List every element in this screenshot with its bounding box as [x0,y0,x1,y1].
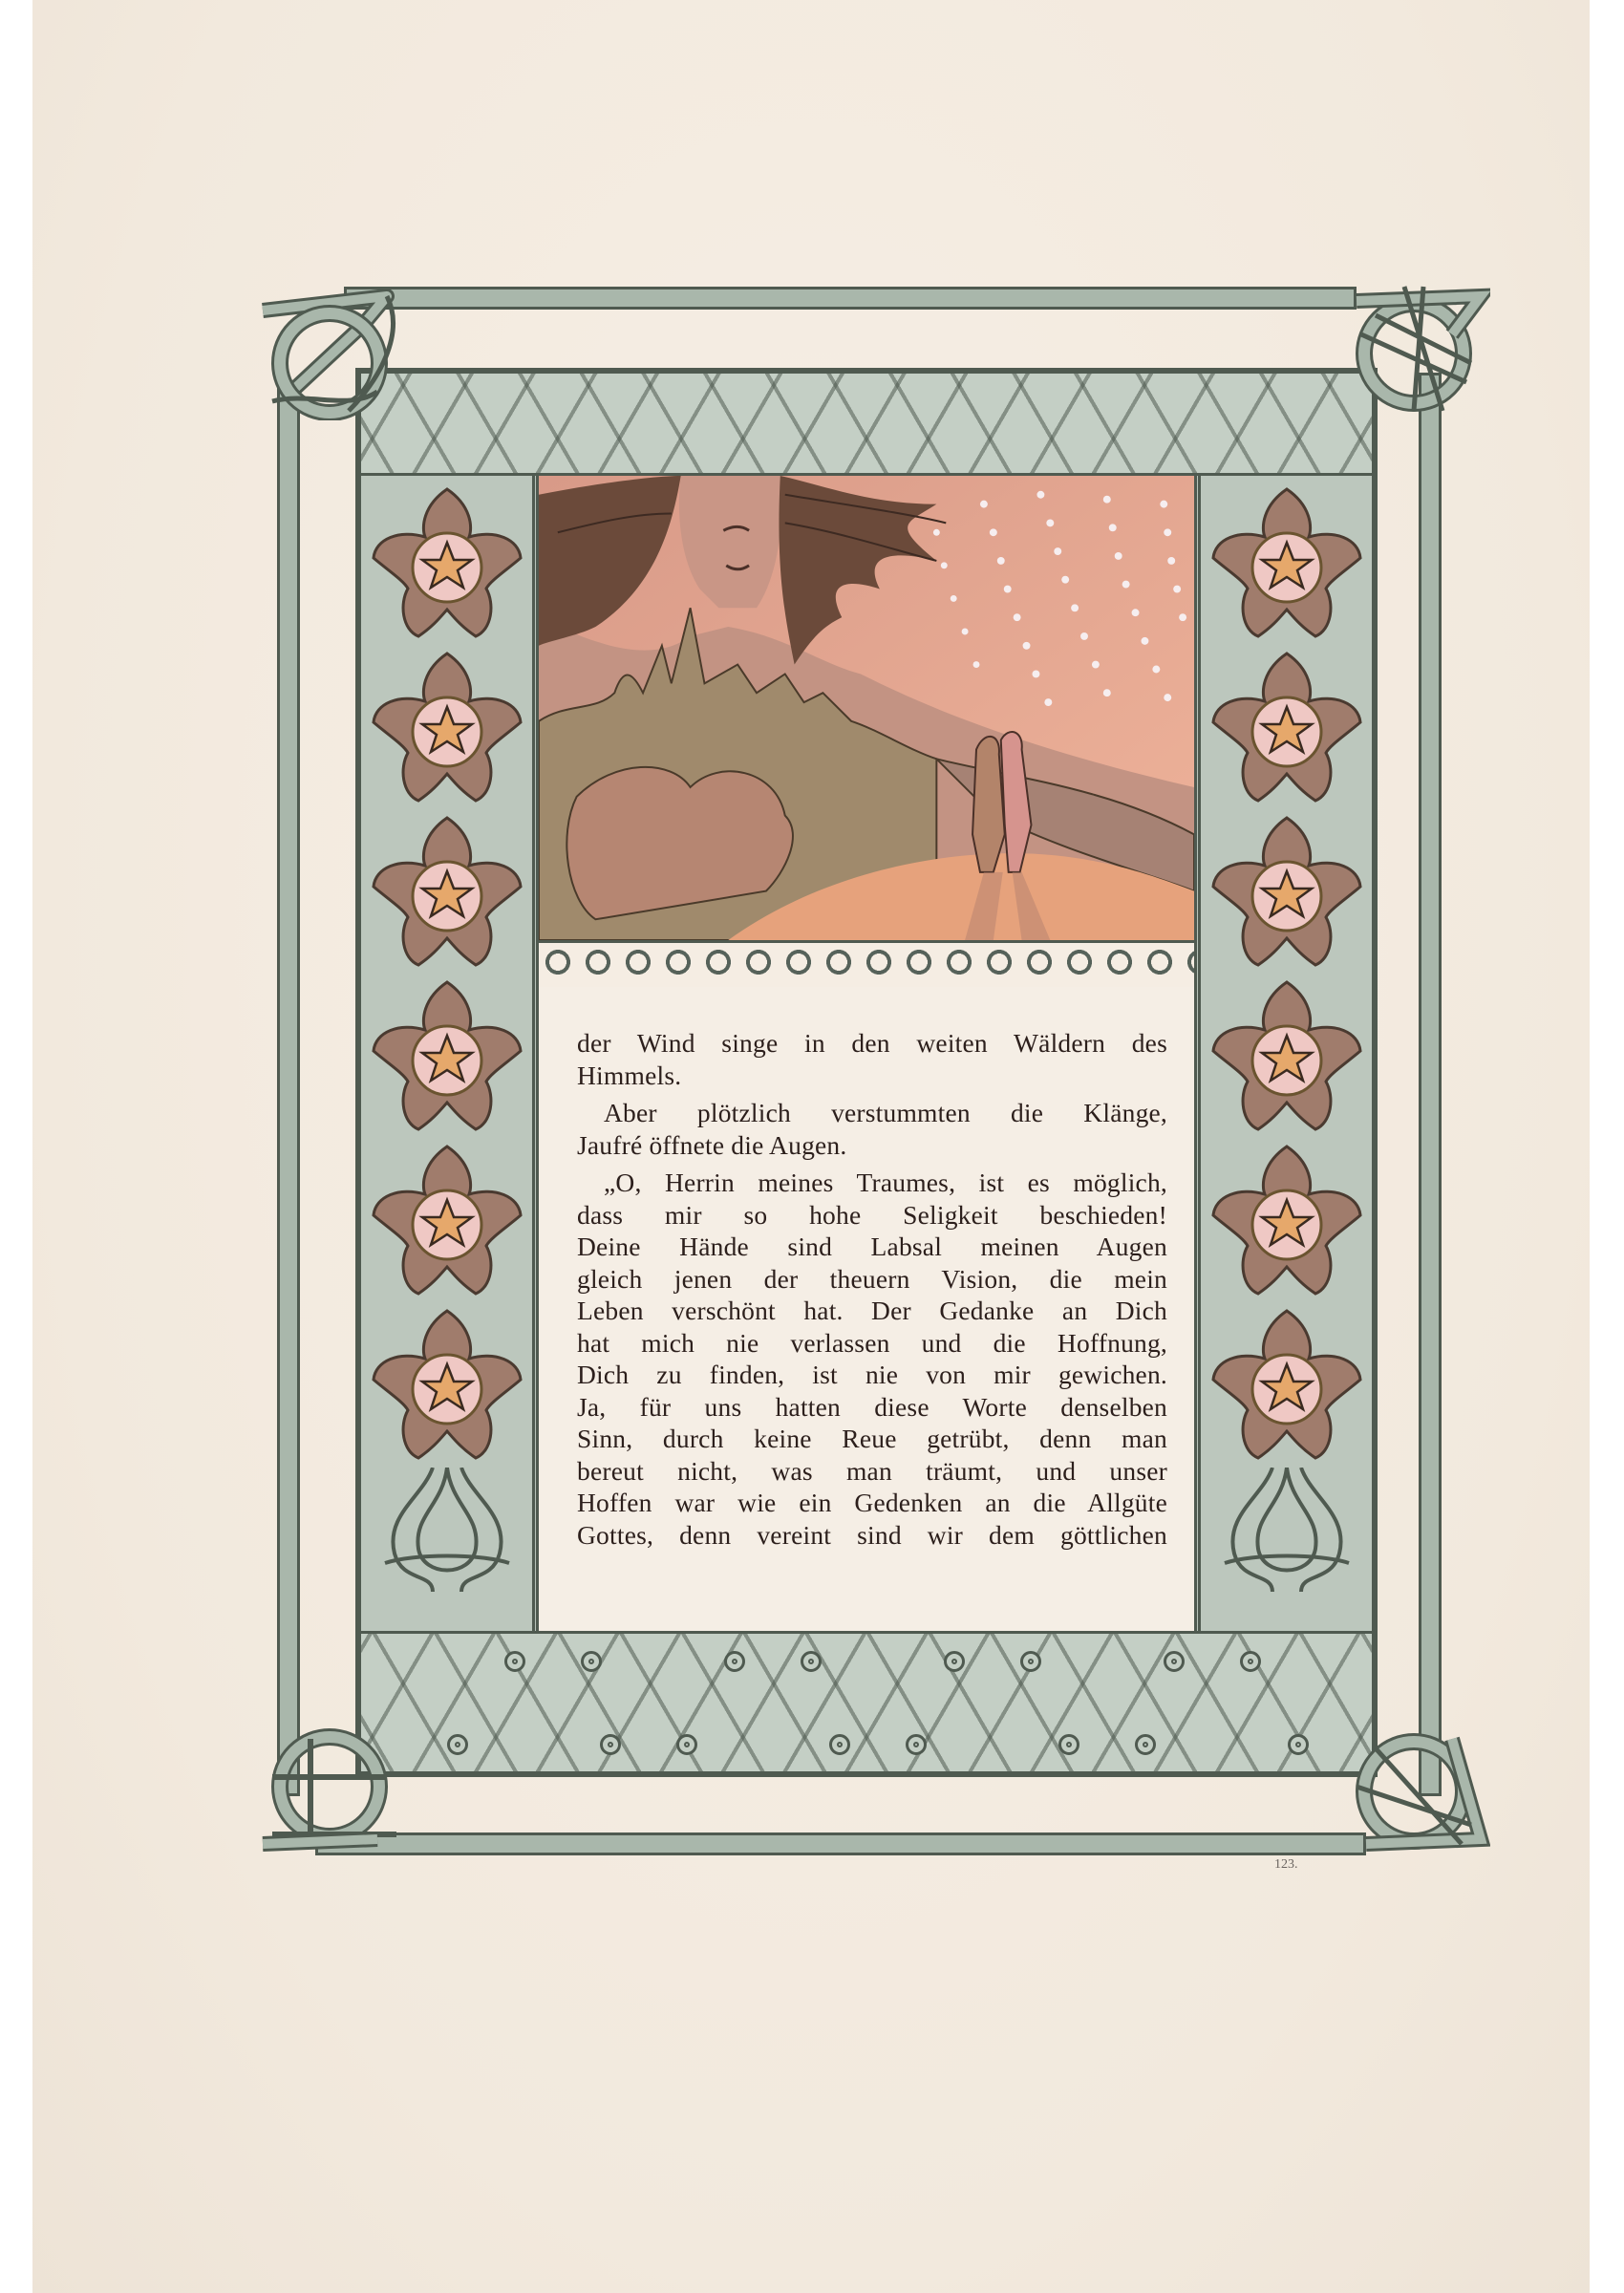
text-line: Gottes, denn vereint sind wir dem göttli… [577,1519,1167,1552]
corner-knot-ornament [253,277,406,420]
text-line: Ja, für uns hatten diese Worte denselben [577,1391,1167,1424]
text-panel: der Wind singe in den weiten Wäldern des… [536,987,1197,1637]
text-line: Jaufré öffnete die Augen. [577,1129,1167,1162]
root-flourish-ornament [1206,1468,1368,1601]
leaf-star-ornament [366,646,528,810]
text-line: hat mich nie verlassen und die Hoffnung, [577,1327,1167,1360]
knotwork-divider [536,943,1197,987]
leaf-star-ornament [366,1139,528,1303]
text-line: Dich zu finden, ist nie von mir gewichen… [577,1359,1167,1391]
outer-frame-bottom-bar [315,1832,1366,1855]
root-flourish-ornament [366,1468,528,1601]
top-interlace-band [358,371,1375,476]
leaf-star-ornament [366,810,528,975]
ornamental-frame: der Wind singe in den weiten Wäldern des… [355,368,1378,1777]
text-line: gleich jenen der theuern Vision, die mei… [577,1263,1167,1296]
corner-knot-ornament [253,1720,406,1863]
leaf-star-ornament [1206,810,1368,975]
text-line: Himmels. [577,1060,1167,1092]
leaf-star-ornament [366,1303,528,1468]
text-line: Sinn, durch keine Reue getrübt, denn man [577,1423,1167,1455]
text-line: dass mir so hohe Seligkeit beschieden! [577,1199,1167,1232]
bottom-interlace-band [358,1631,1375,1774]
right-leaf-column [1198,473,1375,1637]
text-line: Deine Hände sind Labsal meinen Augen [577,1231,1167,1263]
text-line: Aber plötzlich verstummten die Klänge, [577,1097,1167,1129]
outer-frame-top-bar [344,287,1357,310]
page-margin-right [1590,0,1624,2293]
outer-frame-left-bar [277,382,300,1796]
outer-frame-right-bar [1419,373,1442,1796]
page-number: 123. [1274,1857,1298,1873]
text-line: der Wind singe in den weiten Wäldern des [577,1027,1167,1060]
leaf-star-ornament [1206,1139,1368,1303]
text-line: Leben verschönt hat. Der Gedanke an Dich [577,1295,1167,1327]
leaf-star-ornament [1206,482,1368,646]
page-margin-left [0,0,32,2293]
leaf-star-ornament [1206,975,1368,1139]
text-line: Hoffen war wie ein Gedenken an die Allgü… [577,1487,1167,1519]
leaf-star-ornament [366,975,528,1139]
corner-knot-ornament [1337,277,1490,420]
leaf-star-ornament [1206,646,1368,810]
leaf-star-ornament [366,482,528,646]
paragraph-2: Aber plötzlich verstummten die Klänge, J… [577,1097,1167,1161]
paragraph-3: „O, Herrin meines Traumes, ist es möglic… [577,1167,1167,1551]
corner-knot-ornament [1337,1720,1490,1863]
illustration-woman-in-sky [536,473,1197,943]
text-line: bereut nicht, was man träumt, und unser [577,1455,1167,1488]
left-leaf-column [358,473,535,1637]
paragraph-1: der Wind singe in den weiten Wäldern des… [577,1027,1167,1091]
leaf-star-ornament [1206,1303,1368,1468]
text-line: „O, Herrin meines Traumes, ist es möglic… [577,1167,1167,1199]
